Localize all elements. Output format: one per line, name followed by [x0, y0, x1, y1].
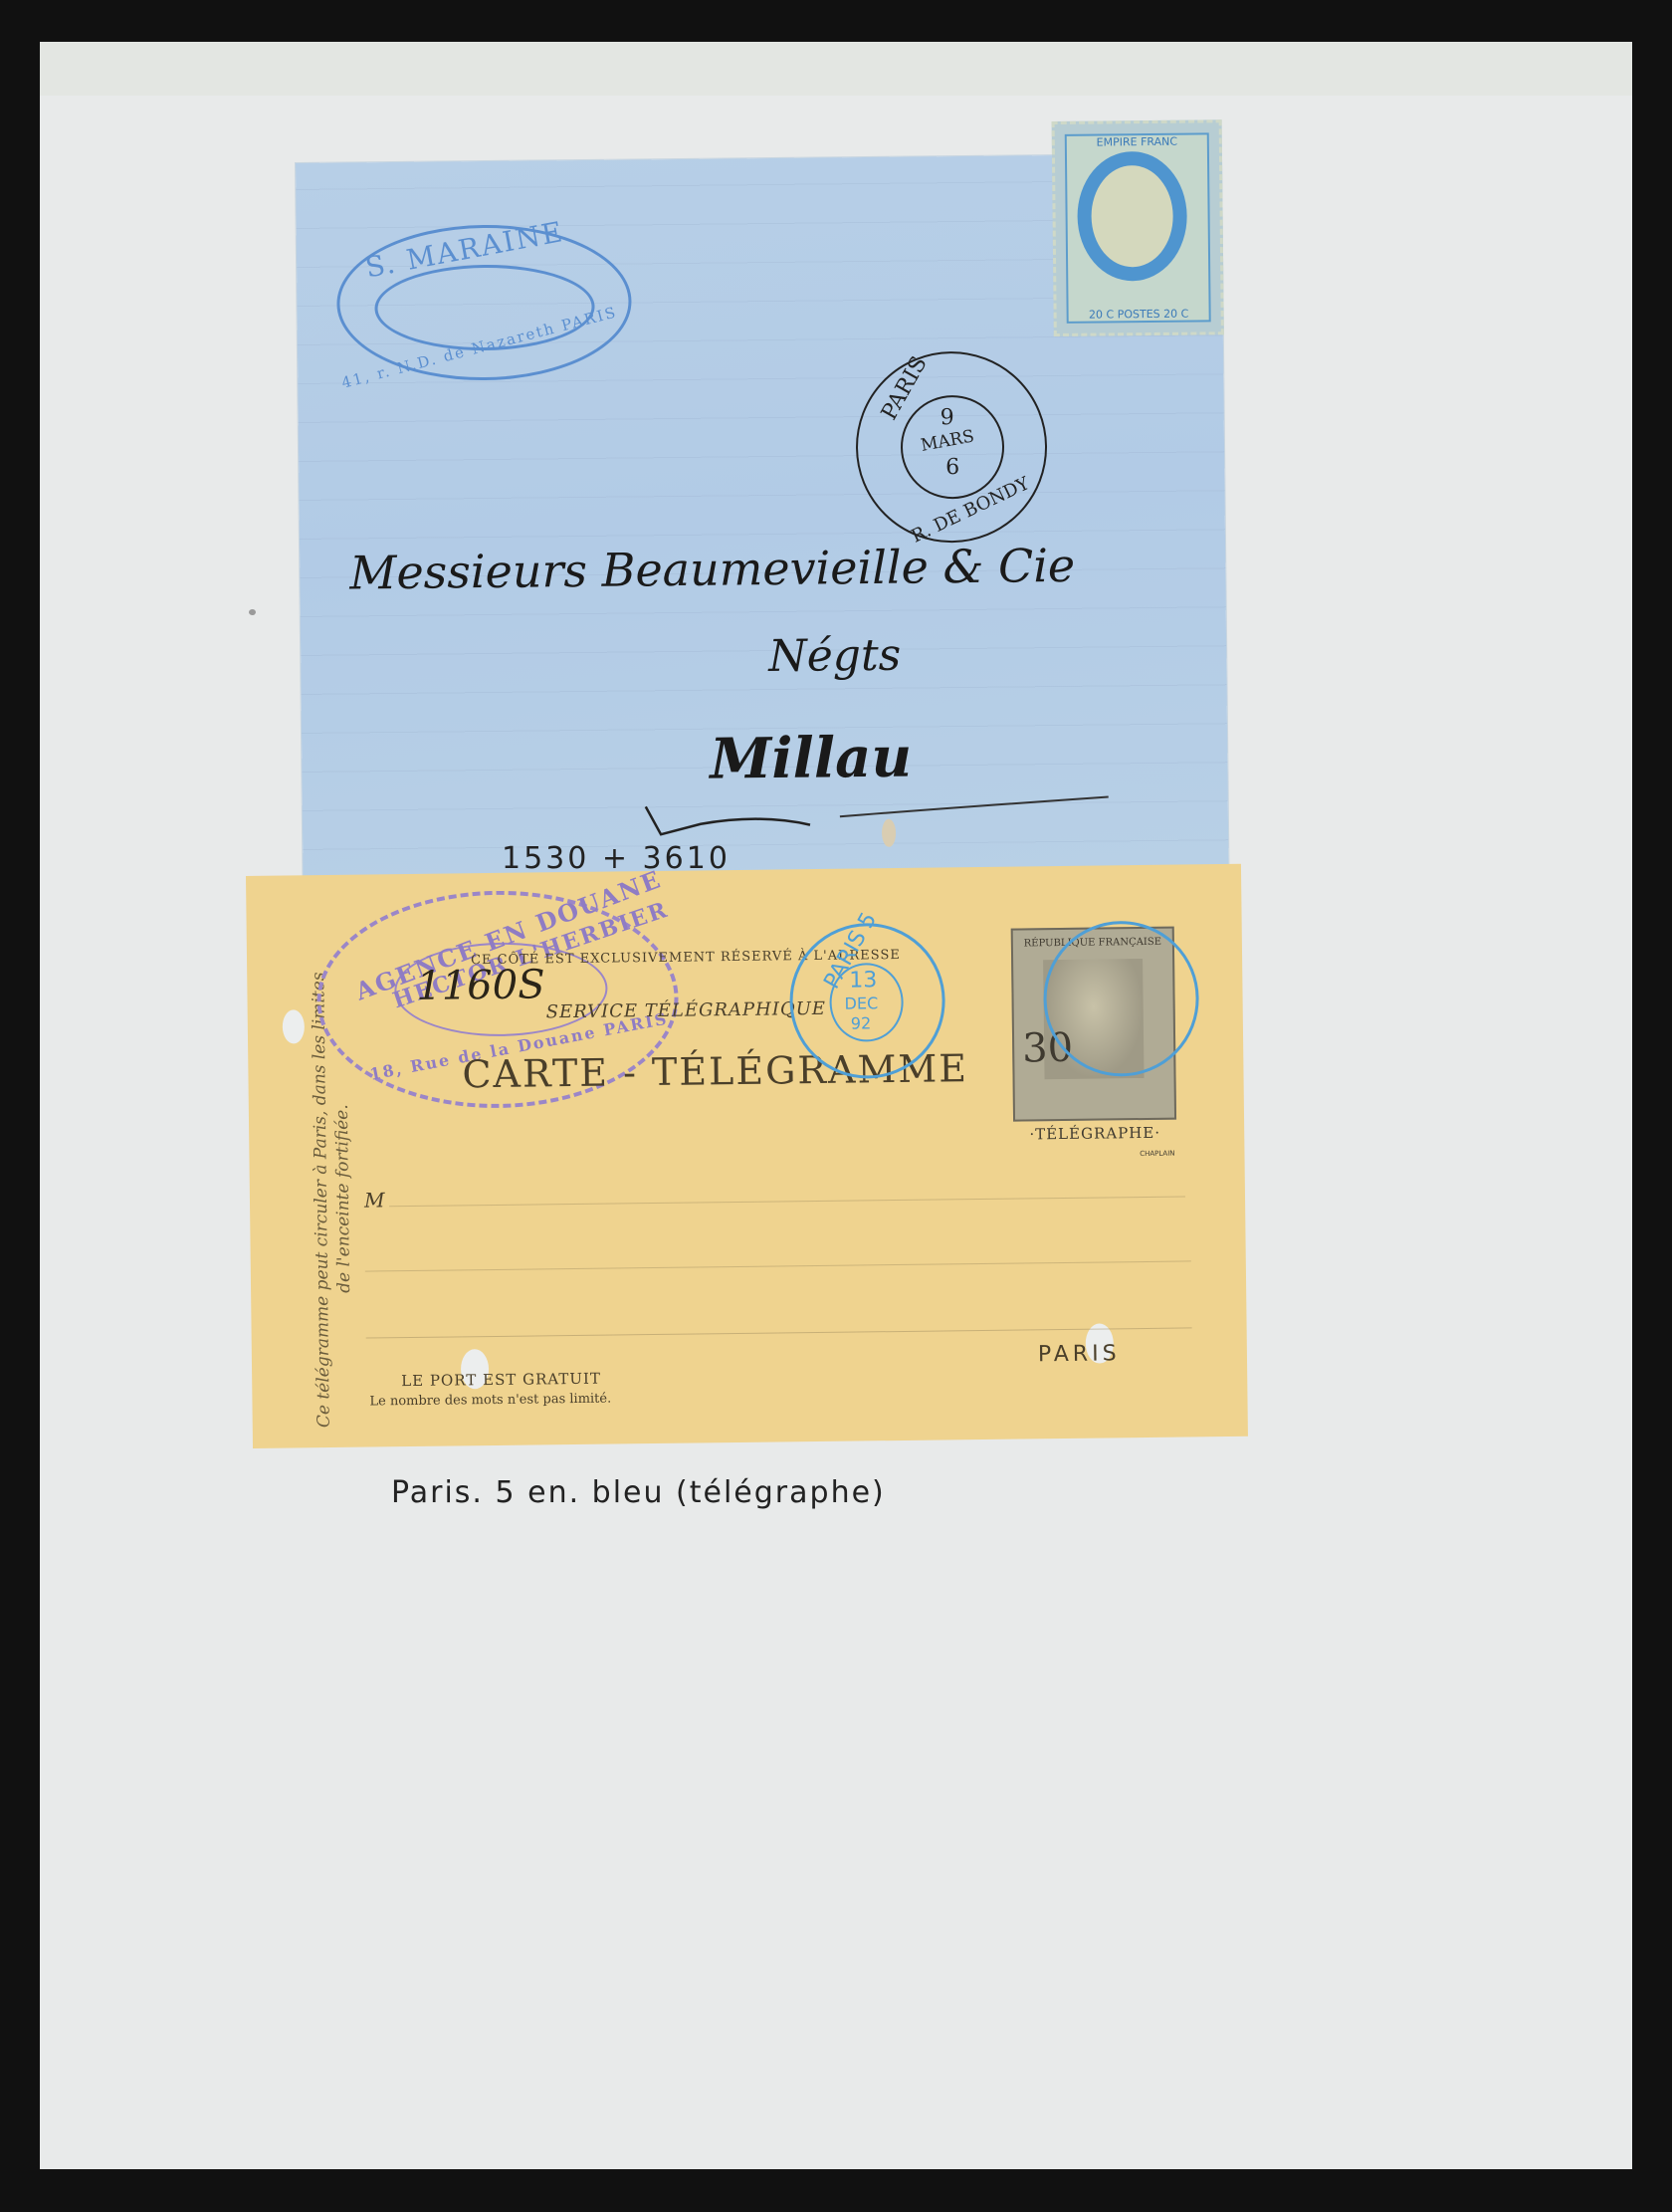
address-line	[365, 1260, 1191, 1271]
card-caption: Paris. 5 en. bleu (télégraphe)	[391, 1475, 886, 1510]
address-town: Millau	[710, 725, 912, 792]
paper-stain	[882, 819, 896, 847]
carte-telegramme: Ce télégramme peut circuler à Paris, dan…	[246, 864, 1248, 1448]
stamp-top-text: EMPIRE FRANC	[1055, 134, 1219, 149]
side-note-line2: de l'enceinte fortifiée.	[332, 1104, 354, 1293]
handwritten-number: 1160S	[416, 962, 545, 1009]
blue-datestamp-day: 13	[849, 968, 877, 993]
card-footer-free-postage: LE PORT EST GRATUIT	[401, 1370, 601, 1390]
card-city: PARIS	[1038, 1341, 1121, 1367]
paper-speck	[249, 609, 256, 615]
address-line	[366, 1327, 1192, 1338]
blue-datestamp-month: DEC	[844, 994, 878, 1012]
blue-datestamp-year: 92	[851, 1013, 872, 1032]
address-recipient: Messieurs Beaumevieille & Cie	[349, 539, 1075, 600]
blue-cancel-on-stamp	[1043, 920, 1200, 1077]
stamp-engraver: CHAPLAIN	[1140, 1150, 1174, 1158]
card-footer-word-limit: Le nombre des mots n'est pas limité.	[369, 1392, 611, 1410]
punch-hole	[283, 1009, 305, 1043]
stamp-bottom-text: ·TÉLÉGRAPHE·	[1015, 1124, 1174, 1144]
postage-stamp-20c: EMPIRE FRANC 20 C POSTES 20 C	[1052, 119, 1224, 336]
postage-stamp-30c: RÉPUBLIQUE FRANÇAISE 30 ·TÉLÉGRAPHE· CHA…	[1011, 927, 1176, 1122]
address-underline	[641, 791, 1119, 846]
stamp-portrait	[1091, 165, 1173, 268]
postal-cover: S. MARAINE 41, r. N.D. de Nazareth PARIS…	[296, 153, 1229, 888]
datestamp-day: 9	[940, 405, 954, 430]
datestamp-year: 6	[945, 455, 959, 480]
album-page: S. MARAINE 41, r. N.D. de Nazareth PARIS…	[40, 42, 1632, 2169]
page-top-band	[40, 42, 1632, 96]
addressee-prefix: M	[364, 1188, 385, 1212]
address-occupation: Négts	[768, 630, 901, 682]
stamp-bottom-text: 20 C POSTES 20 C	[1057, 307, 1221, 322]
address-line	[389, 1196, 1185, 1207]
card-service: SERVICE TÉLÉGRAPHIQUE	[546, 998, 827, 1022]
